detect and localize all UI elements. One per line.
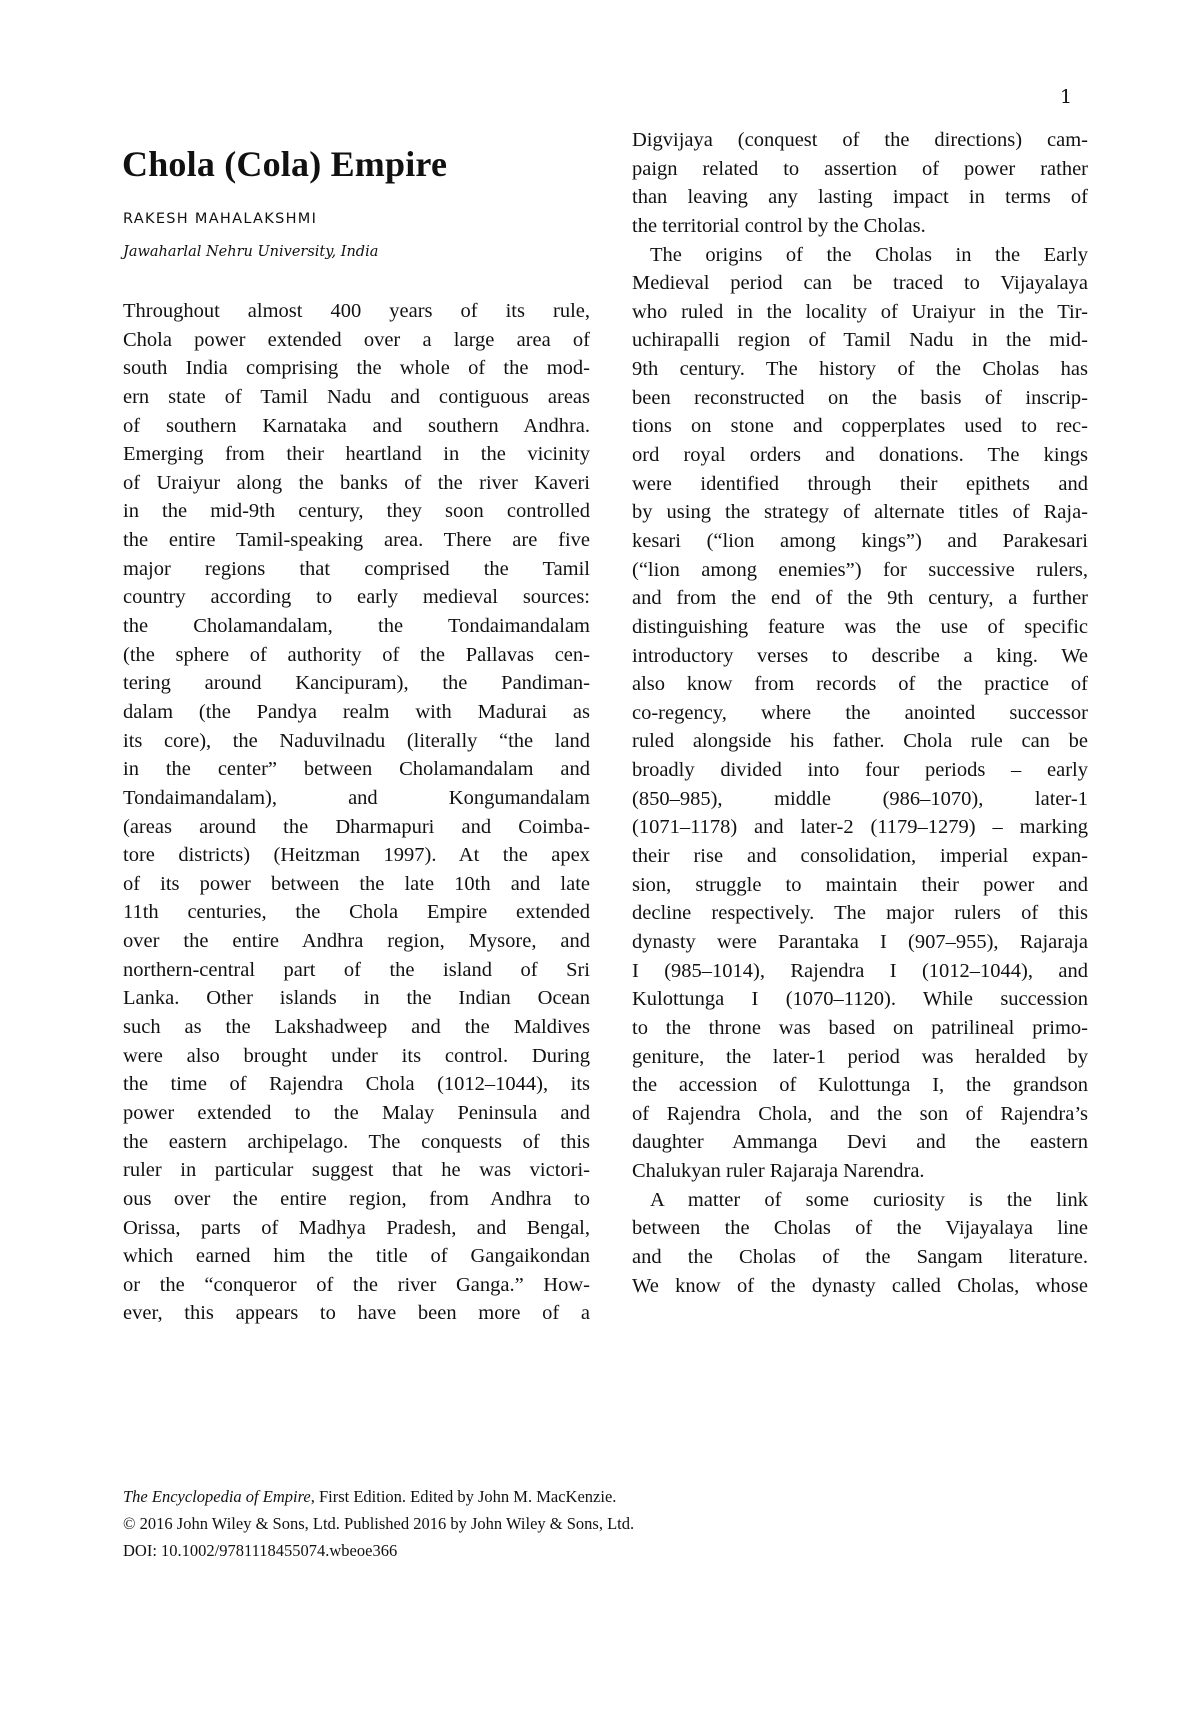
copyright-line: © 2016 John Wiley & Sons, Ltd. Published…: [123, 1510, 634, 1537]
text-line: geniture, the later-1 period was heralde…: [632, 1043, 1088, 1072]
text-line: their rise and consolidation, imperial e…: [632, 842, 1088, 871]
text-line: also know from records of the practice o…: [632, 670, 1088, 699]
text-line: who ruled in the locality of Uraiyur in …: [632, 298, 1088, 327]
text-line: uchirapalli region of Tamil Nadu in the …: [632, 326, 1088, 355]
publication-footer: The Encyclopedia of Empire, First Editio…: [123, 1483, 634, 1564]
text-line: paign related to assertion of power rath…: [632, 155, 1088, 184]
text-line: Orissa, parts of Madhya Pradesh, and Ben…: [123, 1214, 590, 1243]
text-line: or the “conqueror of the river Ganga.” H…: [123, 1271, 590, 1300]
text-line: major regions that comprised the Tamil: [123, 555, 590, 584]
doi-line: DOI: 10.1002/9781118455074.wbeoe366: [123, 1537, 634, 1564]
text-line: daughter Ammanga Devi and the eastern: [632, 1128, 1088, 1157]
body-paragraph: Throughout almost 400 years of its rule,…: [123, 297, 590, 1328]
text-line: ruled alongside his father. Chola rule c…: [632, 727, 1088, 756]
text-line: were also brought under its control. Dur…: [123, 1042, 590, 1071]
text-line: A matter of some curiosity is the link: [632, 1186, 1088, 1215]
text-line: Chola power extended over a large area o…: [123, 326, 590, 355]
text-line: power extended to the Malay Peninsula an…: [123, 1099, 590, 1128]
text-line: introductory verses to describe a king. …: [632, 642, 1088, 671]
text-line: (the sphere of authority of the Pallavas…: [123, 641, 590, 670]
author-affiliation: Jawaharlal Nehru University, India: [123, 244, 378, 260]
text-line: kesari (“lion among kings”) and Parakesa…: [632, 527, 1088, 556]
text-line: decline respectively. The major rulers o…: [632, 899, 1088, 928]
text-line: the accession of Kulottunga I, the grand…: [632, 1071, 1088, 1100]
book-title: The Encyclopedia of Empire: [123, 1487, 311, 1506]
text-line: (areas around the Dharmapuri and Coimba-: [123, 813, 590, 842]
body-paragraph: A matter of some curiosity is the linkbe…: [632, 1186, 1088, 1301]
citation-line: The Encyclopedia of Empire, First Editio…: [123, 1483, 634, 1510]
author-name: RAKESH MAHALAKSHMI: [123, 211, 317, 227]
text-line: between the Cholas of the Vijayalaya lin…: [632, 1214, 1088, 1243]
text-line: 11th centuries, the Chola Empire extende…: [123, 898, 590, 927]
text-line: ruler in particular suggest that he was …: [123, 1156, 590, 1185]
text-line: ord royal orders and donations. The king…: [632, 441, 1088, 470]
text-line: tering around Kancipuram), the Pandiman-: [123, 669, 590, 698]
text-line: country according to early medieval sour…: [123, 583, 590, 612]
text-line: such as the Lakshadweep and the Maldives: [123, 1013, 590, 1042]
right-column: Digvijaya (conquest of the directions) c…: [632, 126, 1088, 1300]
body-paragraph: The origins of the Cholas in the EarlyMe…: [632, 241, 1088, 1186]
page-number: 1: [1060, 86, 1072, 108]
text-line: ever, this appears to have been more of …: [123, 1299, 590, 1328]
text-line: of its power between the late 10th and l…: [123, 870, 590, 899]
text-line: Lanka. Other islands in the Indian Ocean: [123, 984, 590, 1013]
text-line: Digvijaya (conquest of the directions) c…: [632, 126, 1088, 155]
text-line: Tondaimandalam), and Kongumandalam: [123, 784, 590, 813]
text-line: Chalukyan ruler Rajaraja Narendra.: [632, 1157, 1088, 1186]
text-line: The origins of the Cholas in the Early: [632, 241, 1088, 270]
text-line: (850–985), middle (986–1070), later-1: [632, 785, 1088, 814]
text-line: (1071–1178) and later-2 (1179–1279) – ma…: [632, 813, 1088, 842]
text-line: ern state of Tamil Nadu and contiguous a…: [123, 383, 590, 412]
text-line: to the throne was based on patrilineal p…: [632, 1014, 1088, 1043]
text-line: ous over the entire region, from Andhra …: [123, 1185, 590, 1214]
text-line: Emerging from their heartland in the vic…: [123, 440, 590, 469]
text-line: south India comprising the whole of the …: [123, 354, 590, 383]
text-line: its core), the Naduvilnadu (literally “t…: [123, 727, 590, 756]
text-line: than leaving any lasting impact in terms…: [632, 183, 1088, 212]
text-line: and from the end of the 9th century, a f…: [632, 584, 1088, 613]
edition-text: , First Edition. Edited by John M. MacKe…: [311, 1487, 617, 1506]
text-line: the eastern archipelago. The conquests o…: [123, 1128, 590, 1157]
text-line: tions on stone and copperplates used to …: [632, 412, 1088, 441]
text-line: the Cholamandalam, the Tondaimandalam: [123, 612, 590, 641]
text-line: Medieval period can be traced to Vijayal…: [632, 269, 1088, 298]
text-line: which earned him the title of Gangaikond…: [123, 1242, 590, 1271]
text-line: the time of Rajendra Chola (1012–1044), …: [123, 1070, 590, 1099]
text-line: in the mid-9th century, they soon contro…: [123, 497, 590, 526]
text-line: been reconstructed on the basis of inscr…: [632, 384, 1088, 413]
article-title: Chola (Cola) Empire: [122, 143, 447, 185]
text-line: co-regency, where the anointed successor: [632, 699, 1088, 728]
text-line: and the Cholas of the Sangam literature.: [632, 1243, 1088, 1272]
text-line: broadly divided into four periods – earl…: [632, 756, 1088, 785]
text-line: were identified through their epithets a…: [632, 470, 1088, 499]
text-line: Kulottunga I (1070–1120). While successi…: [632, 985, 1088, 1014]
text-line: distinguishing feature was the use of sp…: [632, 613, 1088, 642]
text-line: dalam (the Pandya realm with Madurai as: [123, 698, 590, 727]
text-line: Throughout almost 400 years of its rule,: [123, 297, 590, 326]
text-line: of Rajendra Chola, and the son of Rajend…: [632, 1100, 1088, 1129]
text-line: in the center” between Cholamandalam and: [123, 755, 590, 784]
text-line: We know of the dynasty called Cholas, wh…: [632, 1272, 1088, 1301]
text-line: (“lion among enemies”) for successive ru…: [632, 556, 1088, 585]
text-line: of southern Karnataka and southern Andhr…: [123, 412, 590, 441]
text-line: I (985–1014), Rajendra I (1012–1044), an…: [632, 957, 1088, 986]
text-line: northern-central part of the island of S…: [123, 956, 590, 985]
text-line: dynasty were Parantaka I (907–955), Raja…: [632, 928, 1088, 957]
body-paragraph: Digvijaya (conquest of the directions) c…: [632, 126, 1088, 241]
left-column: Throughout almost 400 years of its rule,…: [123, 297, 590, 1328]
text-line: 9th century. The history of the Cholas h…: [632, 355, 1088, 384]
text-line: sion, struggle to maintain their power a…: [632, 871, 1088, 900]
text-line: the entire Tamil-speaking area. There ar…: [123, 526, 590, 555]
text-line: of Uraiyur along the banks of the river …: [123, 469, 590, 498]
text-line: the territorial control by the Cholas.: [632, 212, 1088, 241]
text-line: over the entire Andhra region, Mysore, a…: [123, 927, 590, 956]
text-line: by using the strategy of alternate title…: [632, 498, 1088, 527]
text-line: tore districts) (Heitzman 1997). At the …: [123, 841, 590, 870]
